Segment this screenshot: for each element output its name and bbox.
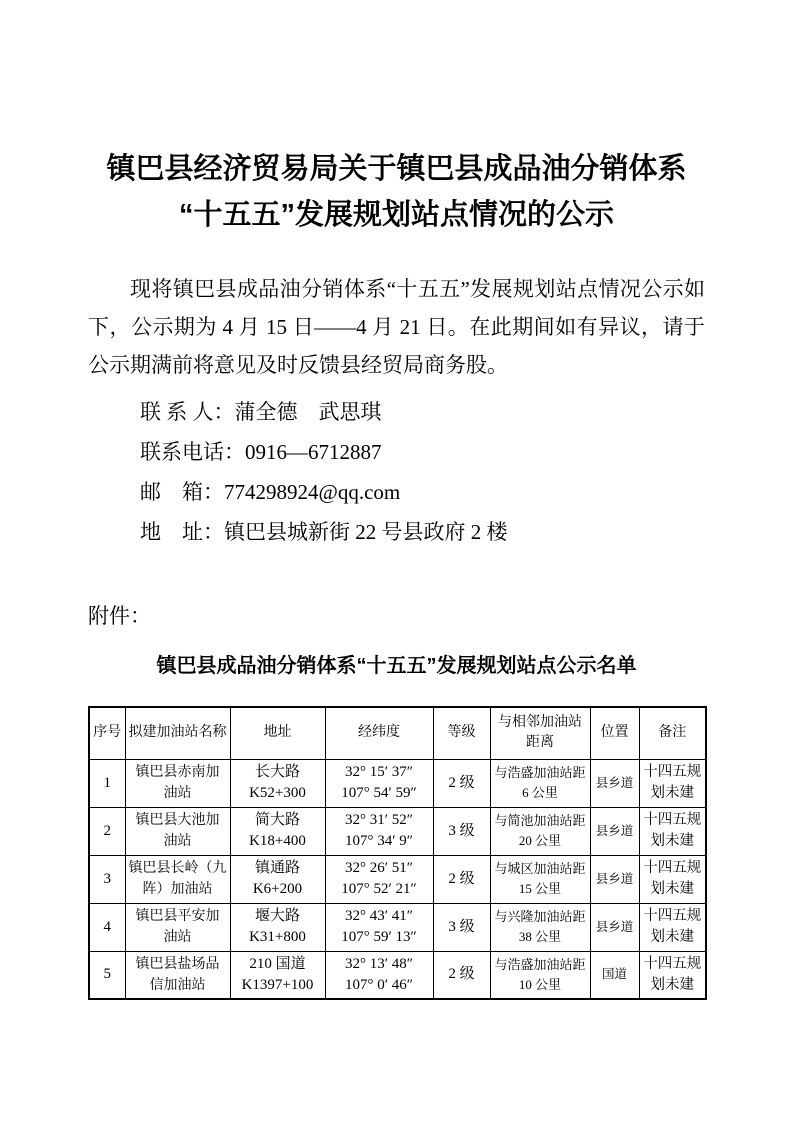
station-name-line: 镇巴县大池加 bbox=[129, 810, 227, 831]
remark-line: 十四五规 bbox=[643, 906, 703, 927]
contact-person-label: 联 系 人： bbox=[140, 400, 235, 424]
cell-remark: 十四五规划未建 bbox=[639, 951, 706, 999]
longitude: 107° 0′ 46″ bbox=[329, 975, 430, 996]
cell-level: 3 级 bbox=[433, 903, 490, 951]
contact-email-line: 邮 箱：774298924@qq.com bbox=[140, 472, 705, 512]
cell-distance: 与简池加油站距20 公里 bbox=[490, 807, 590, 855]
longitude: 107° 34′ 9″ bbox=[329, 831, 430, 852]
station-name-line: 阵）加油站 bbox=[129, 879, 227, 900]
cell-level: 2 级 bbox=[433, 855, 490, 903]
contact-phone-label: 联系电话： bbox=[140, 440, 245, 464]
contact-person-value: 蒲全德 武思琪 bbox=[235, 400, 382, 424]
attachment-label: 附件： bbox=[88, 596, 705, 636]
address-line: 长大路 bbox=[234, 762, 322, 783]
header-seq: 序号 bbox=[89, 707, 125, 759]
cell-address: 镇通路K6+200 bbox=[230, 855, 325, 903]
header-remark: 备注 bbox=[639, 707, 706, 759]
contact-phone-line: 联系电话：0916—6712887 bbox=[140, 432, 705, 472]
document-title-line1: 镇巴县经济贸易局关于镇巴县成品油分销体系 bbox=[88, 146, 705, 192]
latitude: 32° 15′ 37″ bbox=[329, 762, 430, 783]
remark-line: 十四五规 bbox=[643, 858, 703, 879]
cell-position: 县乡道 bbox=[590, 903, 639, 951]
address-line: 镇通路 bbox=[234, 858, 322, 879]
address-line: 210 国道 bbox=[234, 954, 322, 975]
header-distance: 与相邻加油站距离 bbox=[490, 707, 590, 759]
distance-line: 与浩盛加油站距 bbox=[494, 955, 587, 975]
cell-remark: 十四五规划未建 bbox=[639, 855, 706, 903]
cell-coordinates: 32° 31′ 52″107° 34′ 9″ bbox=[325, 807, 433, 855]
address-line: K31+800 bbox=[234, 927, 322, 948]
cell-distance: 与浩盛加油站距6 公里 bbox=[490, 759, 590, 807]
longitude: 107° 59′ 13″ bbox=[329, 927, 430, 948]
address-line: 简大路 bbox=[234, 810, 322, 831]
latitude: 32° 43′ 41″ bbox=[329, 906, 430, 927]
distance-line: 6 公里 bbox=[494, 783, 587, 803]
document-title: 镇巴县经济贸易局关于镇巴县成品油分销体系 “十五五”发展规划站点情况的公示 bbox=[88, 146, 705, 238]
station-name-line: 油站 bbox=[129, 783, 227, 804]
station-table: 序号 拟建加油站名称 地址 经纬度 等级 与相邻加油站距离 位置 备注 1 镇巴… bbox=[88, 706, 707, 1000]
cell-address: 210 国道K1397+100 bbox=[230, 951, 325, 999]
table-row: 4 镇巴县平安加油站 堰大路K31+800 32° 43′ 41″107° 59… bbox=[89, 903, 706, 951]
remark-line: 十四五规 bbox=[643, 762, 703, 783]
header-coordinates: 经纬度 bbox=[325, 707, 433, 759]
cell-station-name: 镇巴县长岭（九阵）加油站 bbox=[125, 855, 230, 903]
station-name-line: 信加油站 bbox=[129, 975, 227, 996]
station-name-line: 镇巴县长岭（九 bbox=[129, 858, 227, 879]
table-header-row: 序号 拟建加油站名称 地址 经纬度 等级 与相邻加油站距离 位置 备注 bbox=[89, 707, 706, 759]
header-position: 位置 bbox=[590, 707, 639, 759]
cell-coordinates: 32° 15′ 37″107° 54′ 59″ bbox=[325, 759, 433, 807]
table-row: 1 镇巴县赤南加油站 长大路K52+300 32° 15′ 37″107° 54… bbox=[89, 759, 706, 807]
table-row: 2 镇巴县大池加油站 简大路K18+400 32° 31′ 52″107° 34… bbox=[89, 807, 706, 855]
intro-paragraph: 现将镇巴县成品油分销体系“十五五”发展规划站点情况公示如下，公示期为 4 月 1… bbox=[88, 270, 705, 384]
contact-address-value: 镇巴县城新街 22 号县政府 2 楼 bbox=[224, 520, 508, 544]
cell-position: 县乡道 bbox=[590, 855, 639, 903]
cell-coordinates: 32° 43′ 41″107° 59′ 13″ bbox=[325, 903, 433, 951]
cell-station-name: 镇巴县赤南加油站 bbox=[125, 759, 230, 807]
address-line: K18+400 bbox=[234, 831, 322, 852]
station-name-line: 油站 bbox=[129, 831, 227, 852]
table-row: 3 镇巴县长岭（九阵）加油站 镇通路K6+200 32° 26′ 51″107°… bbox=[89, 855, 706, 903]
cell-position: 县乡道 bbox=[590, 807, 639, 855]
contact-block: 联 系 人：蒲全德 武思琪 联系电话：0916—6712887 邮 箱：7742… bbox=[88, 392, 705, 552]
longitude: 107° 54′ 59″ bbox=[329, 783, 430, 804]
distance-line: 与城区加油站距 bbox=[494, 859, 587, 879]
contact-address-line: 地 址：镇巴县城新街 22 号县政府 2 楼 bbox=[140, 512, 705, 552]
header-level: 等级 bbox=[433, 707, 490, 759]
cell-remark: 十四五规划未建 bbox=[639, 759, 706, 807]
table-row: 5 镇巴县盐场品信加油站 210 国道K1397+100 32° 13′ 48″… bbox=[89, 951, 706, 999]
station-name-line: 镇巴县平安加 bbox=[129, 906, 227, 927]
header-station-name: 拟建加油站名称 bbox=[125, 707, 230, 759]
latitude: 32° 26′ 51″ bbox=[329, 858, 430, 879]
distance-line: 38 公里 bbox=[494, 927, 587, 947]
distance-line: 20 公里 bbox=[494, 831, 587, 851]
distance-line: 15 公里 bbox=[494, 879, 587, 899]
cell-station-name: 镇巴县平安加油站 bbox=[125, 903, 230, 951]
station-name-line: 油站 bbox=[129, 927, 227, 948]
address-line: K6+200 bbox=[234, 879, 322, 900]
cell-position: 国道 bbox=[590, 951, 639, 999]
cell-seq: 5 bbox=[89, 951, 125, 999]
latitude: 32° 31′ 52″ bbox=[329, 810, 430, 831]
cell-address: 堰大路K31+800 bbox=[230, 903, 325, 951]
cell-seq: 4 bbox=[89, 903, 125, 951]
remark-line: 十四五规 bbox=[643, 954, 703, 975]
header-address: 地址 bbox=[230, 707, 325, 759]
address-line: K52+300 bbox=[234, 783, 322, 804]
cell-station-name: 镇巴县盐场品信加油站 bbox=[125, 951, 230, 999]
distance-line: 与浩盛加油站距 bbox=[494, 763, 587, 783]
longitude: 107° 52′ 21″ bbox=[329, 879, 430, 900]
distance-line: 与兴隆加油站距 bbox=[494, 907, 587, 927]
cell-remark: 十四五规划未建 bbox=[639, 807, 706, 855]
remark-line: 划未建 bbox=[643, 927, 703, 948]
cell-address: 长大路K52+300 bbox=[230, 759, 325, 807]
remark-line: 划未建 bbox=[643, 783, 703, 804]
latitude: 32° 13′ 48″ bbox=[329, 954, 430, 975]
cell-level: 3 级 bbox=[433, 807, 490, 855]
cell-level: 2 级 bbox=[433, 951, 490, 999]
address-line: 堰大路 bbox=[234, 906, 322, 927]
contact-phone-value: 0916—6712887 bbox=[245, 440, 382, 464]
cell-position: 县乡道 bbox=[590, 759, 639, 807]
remark-line: 划未建 bbox=[643, 975, 703, 996]
cell-coordinates: 32° 13′ 48″107° 0′ 46″ bbox=[325, 951, 433, 999]
contact-address-label: 地 址： bbox=[140, 520, 224, 544]
cell-station-name: 镇巴县大池加油站 bbox=[125, 807, 230, 855]
cell-address: 简大路K18+400 bbox=[230, 807, 325, 855]
contact-email-label: 邮 箱： bbox=[140, 480, 224, 504]
address-line: K1397+100 bbox=[234, 975, 322, 996]
document-title-line2: “十五五”发展规划站点情况的公示 bbox=[88, 192, 705, 238]
cell-remark: 十四五规划未建 bbox=[639, 903, 706, 951]
remark-line: 划未建 bbox=[643, 831, 703, 852]
distance-line: 与简池加油站距 bbox=[494, 811, 587, 831]
remark-line: 十四五规 bbox=[643, 810, 703, 831]
cell-seq: 3 bbox=[89, 855, 125, 903]
document-page: 镇巴县经济贸易局关于镇巴县成品油分销体系 “十五五”发展规划站点情况的公示 现将… bbox=[0, 0, 793, 1122]
table-caption: 镇巴县成品油分销体系“十五五”发展规划站点公示名单 bbox=[88, 646, 705, 686]
cell-seq: 1 bbox=[89, 759, 125, 807]
remark-line: 划未建 bbox=[643, 879, 703, 900]
cell-seq: 2 bbox=[89, 807, 125, 855]
distance-line: 10 公里 bbox=[494, 975, 587, 995]
cell-distance: 与城区加油站距15 公里 bbox=[490, 855, 590, 903]
station-name-line: 镇巴县赤南加 bbox=[129, 762, 227, 783]
contact-email-value: 774298924@qq.com bbox=[224, 480, 400, 504]
cell-distance: 与浩盛加油站距10 公里 bbox=[490, 951, 590, 999]
cell-coordinates: 32° 26′ 51″107° 52′ 21″ bbox=[325, 855, 433, 903]
station-name-line: 镇巴县盐场品 bbox=[129, 954, 227, 975]
cell-distance: 与兴隆加油站距38 公里 bbox=[490, 903, 590, 951]
contact-person-line: 联 系 人：蒲全德 武思琪 bbox=[140, 392, 705, 432]
cell-level: 2 级 bbox=[433, 759, 490, 807]
